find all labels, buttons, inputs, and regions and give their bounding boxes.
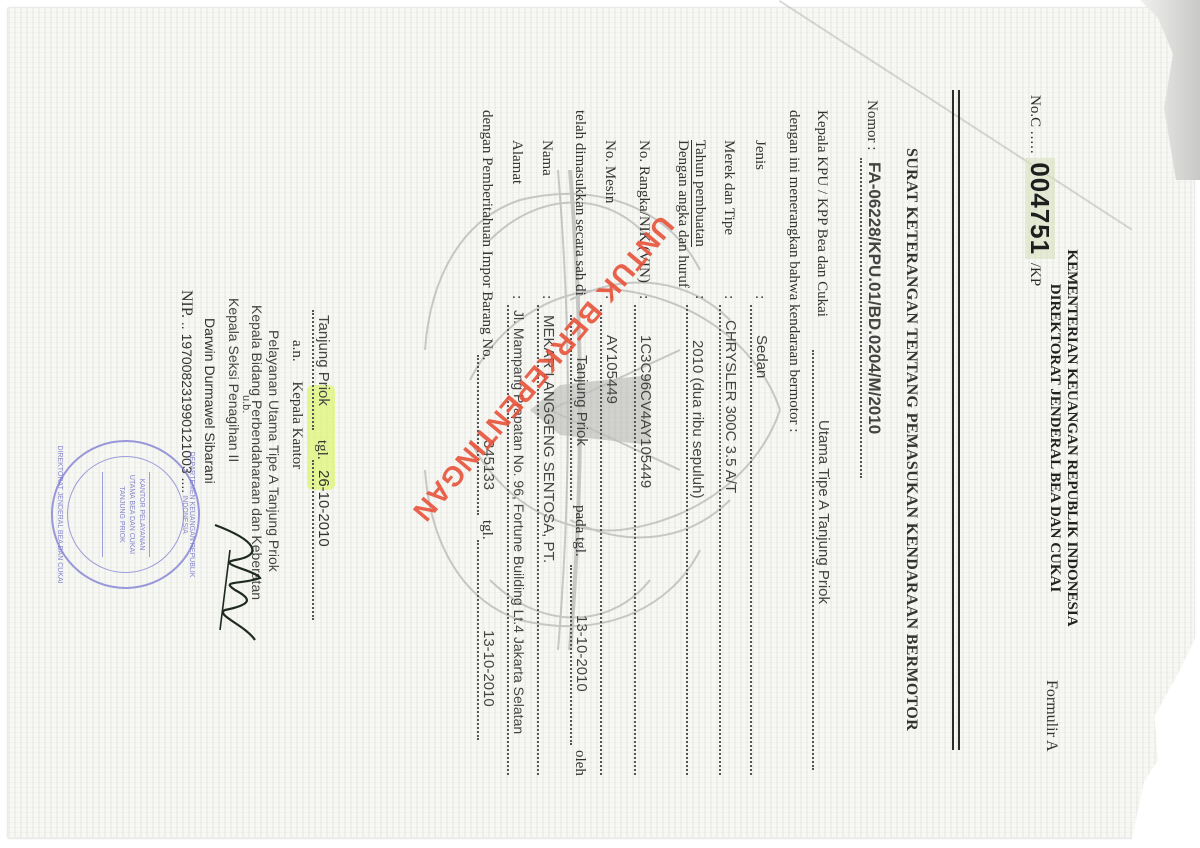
entry-row: telah dimasukkan secara sah di Tanjung P… xyxy=(571,110,588,790)
field-label: Jenis xyxy=(752,140,768,170)
name-row: Nama : MEKAR LANGGENG SENTOSA, PT. xyxy=(538,140,555,780)
scanned-document-viewer: No.C ..... 004751 /KP KEMENTERIAN KEUANG… xyxy=(0,0,1200,848)
pib-date-label: tgl. xyxy=(478,520,495,540)
entry-date: 13-10-2010 xyxy=(573,615,590,692)
kepala-kantor: Kepala Kantor xyxy=(289,381,305,469)
an-label: a.n. xyxy=(289,340,305,362)
office-label: Kepala KPU / KPP Bea dan Cukai xyxy=(814,110,830,317)
field-value: 2010 (dua ribu sepuluh) xyxy=(689,340,706,498)
field-row-tahun: Tahun pembuatan Dengan angka dan huruf :… xyxy=(674,140,708,780)
field-label: Tahun pembuatan xyxy=(691,140,708,247)
intro-text: dengan ini menerangkan bahwa kendaraan b… xyxy=(785,110,802,432)
field-label-secondary: Dengan angka dan huruf xyxy=(675,140,691,288)
field-row-jenis: Jenis : Sedan xyxy=(751,140,768,780)
address-row: Alamat : Jl. Mampang Prapatan No. 96, Fo… xyxy=(508,140,525,780)
document-number-row: Nomor : FA-06228/KPU.01/BD.0204/M/2010 xyxy=(863,100,880,520)
field-value: 1C3C96CV4AY105449 xyxy=(637,335,654,488)
pib-label: dengan Pemberitahuan Impor Barang No. xyxy=(479,110,495,360)
pib-date: 13-10-2010 xyxy=(480,630,497,707)
office-value: Utama Tipe A Tanjung Priok xyxy=(815,420,832,604)
field-value: CHRYSLER 300C 3.5 A/T xyxy=(722,320,739,493)
nomor-label: Nomor : xyxy=(864,100,880,150)
ministry-name: KEMENTERIAN KEUANGAN REPUBLIK INDONESIA xyxy=(1063,228,1080,648)
ministry-header: KEMENTERIAN KEUANGAN REPUBLIK INDONESIA … xyxy=(1046,228,1080,648)
section-head: Kepala Seksi Penagihan II xyxy=(226,298,242,462)
rotated-document-page: No.C ..... 004751 /KP KEMENTERIAN KEUANG… xyxy=(0,0,1200,848)
entry-label: telah dimasukkan secara sah di xyxy=(572,110,588,296)
by-label: oleh xyxy=(571,750,588,776)
field-row-merek: Merek dan Tipe : CHRYSLER 300C 3.5 A/T xyxy=(720,140,737,780)
field-value: AY105449 xyxy=(603,335,620,404)
sign-place: Tanjung Priok xyxy=(315,315,332,406)
address-label: Alamat xyxy=(509,140,525,184)
an-row: a.n. Kepala Kantor xyxy=(288,340,305,469)
nomor-value: FA-06228/KPU.01/BD.0204/M/2010 xyxy=(864,162,884,434)
field-value: Sedan xyxy=(753,335,770,378)
handwritten-signature-icon xyxy=(200,520,275,650)
name-label: Nama xyxy=(539,140,555,176)
serial-prefix: No.C xyxy=(1027,95,1043,127)
directorate-name: DIREKTORAT JENDERAL BEA DAN CUKAI xyxy=(1046,228,1063,648)
field-label: No. Mesin xyxy=(602,140,618,203)
field-label: Merek dan Tipe xyxy=(721,140,737,235)
entry-date-label: pada tgl. xyxy=(571,505,588,557)
official-customs-seal: DEPARTEMEN KEUANGAN REPUBLIK INDONESIA K… xyxy=(51,440,200,589)
document-title: SURAT KETERANGAN TENTANG PEMASUKAN KENDA… xyxy=(902,148,920,731)
office-row: Kepala KPU / KPP Bea dan Cukai Utama Tip… xyxy=(813,110,830,770)
entry-place: Tanjung Priok xyxy=(573,355,590,446)
header-rule-top xyxy=(958,90,960,750)
serial-suffix: /KP xyxy=(1027,263,1043,286)
form-type-label: Formulir A xyxy=(1042,680,1060,752)
sign-date: 26-10-2010 xyxy=(315,470,332,547)
field-row-mesin: No. Mesin : AY105449 xyxy=(601,140,618,780)
header-rule-bottom xyxy=(952,90,954,750)
sign-date-label: tgl. xyxy=(313,440,330,460)
signer-name: Darwin Durmawel Sibarani xyxy=(202,318,218,484)
